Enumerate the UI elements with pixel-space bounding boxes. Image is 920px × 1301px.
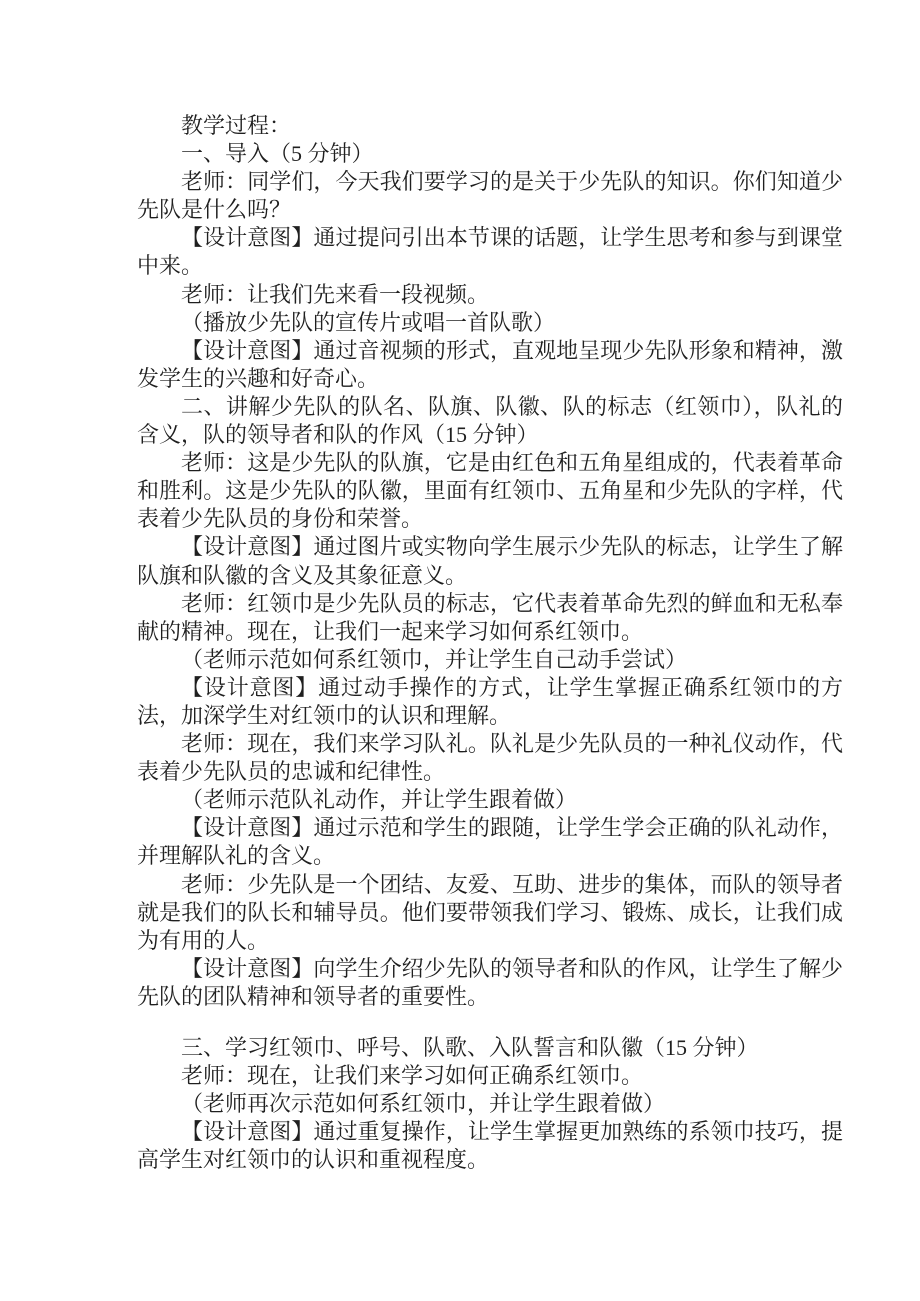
paragraph-teacher-line: 老师：同学们，今天我们要学习的是关于少先队的知识。你们知道少先队是什么吗？ (137, 168, 843, 224)
paragraph-teacher-line: 老师：让我们先来看一段视频。 (137, 281, 843, 309)
document-body: 教学过程： 一、导入（5 分钟） 老师：同学们，今天我们要学习的是关于少先队的知… (137, 112, 843, 1174)
paragraph-stage-direction: （老师示范如何系红领巾，并让学生自己动手尝试） (137, 646, 843, 674)
heading-teaching-process: 教学过程： (137, 112, 843, 140)
paragraph-design-intent: 【设计意图】通过示范和学生的跟随，让学生学会正确的队礼动作，并理解队礼的含义。 (137, 814, 843, 870)
paragraph-design-intent: 【设计意图】通过音视频的形式，直观地呈现少先队形象和精神，激发学生的兴趣和好奇心… (137, 337, 843, 393)
document-page: 教学过程： 一、导入（5 分钟） 老师：同学们，今天我们要学习的是关于少先队的知… (0, 0, 920, 1301)
paragraph-teacher-line: 老师：这是少先队的队旗，它是由红色和五角星组成的，代表着革命和胜利。这是少先队的… (137, 449, 843, 533)
paragraph-stage-direction: （老师再次示范如何系红领巾，并让学生跟着做） (137, 1090, 843, 1118)
section-2-heading: 二、讲解少先队的队名、队旗、队徽、队的标志（红领巾），队礼的含义，队的领导者和队… (137, 393, 843, 449)
paragraph-teacher-line: 老师：现在，我们来学习队礼。队礼是少先队员的一种礼仪动作，代表着少先队员的忠诚和… (137, 730, 843, 786)
paragraph-teacher-line: 老师：现在，让我们来学习如何正确系红领巾。 (137, 1062, 843, 1090)
paragraph-stage-direction: （老师示范队礼动作，并让学生跟着做） (137, 786, 843, 814)
paragraph-stage-direction: （播放少先队的宣传片或唱一首队歌） (137, 309, 843, 337)
section-1-heading: 一、导入（5 分钟） (137, 140, 843, 168)
blank-line (137, 1011, 843, 1034)
paragraph-design-intent: 【设计意图】向学生介绍少先队的领导者和队的作风，让学生了解少先队的团队精神和领导… (137, 955, 843, 1011)
paragraph-design-intent: 【设计意图】通过动手操作的方式，让学生掌握正确系红领巾的方法，加深学生对红领巾的… (137, 674, 843, 730)
paragraph-teacher-line: 老师：少先队是一个团结、友爱、互助、进步的集体，而队的领导者就是我们的队长和辅导… (137, 871, 843, 955)
paragraph-design-intent: 【设计意图】通过提问引出本节课的话题，让学生思考和参与到课堂中来。 (137, 224, 843, 280)
paragraph-design-intent: 【设计意图】通过重复操作，让学生掌握更加熟练的系领巾技巧，提高学生对红领巾的认识… (137, 1118, 843, 1174)
section-3-heading: 三、学习红领巾、呼号、队歌、入队誓言和队徽（15 分钟） (137, 1034, 843, 1062)
paragraph-design-intent: 【设计意图】通过图片或实物向学生展示少先队的标志，让学生了解队旗和队徽的含义及其… (137, 533, 843, 589)
paragraph-teacher-line: 老师：红领巾是少先队员的标志，它代表着革命先烈的鲜血和无私奉献的精神。现在，让我… (137, 590, 843, 646)
